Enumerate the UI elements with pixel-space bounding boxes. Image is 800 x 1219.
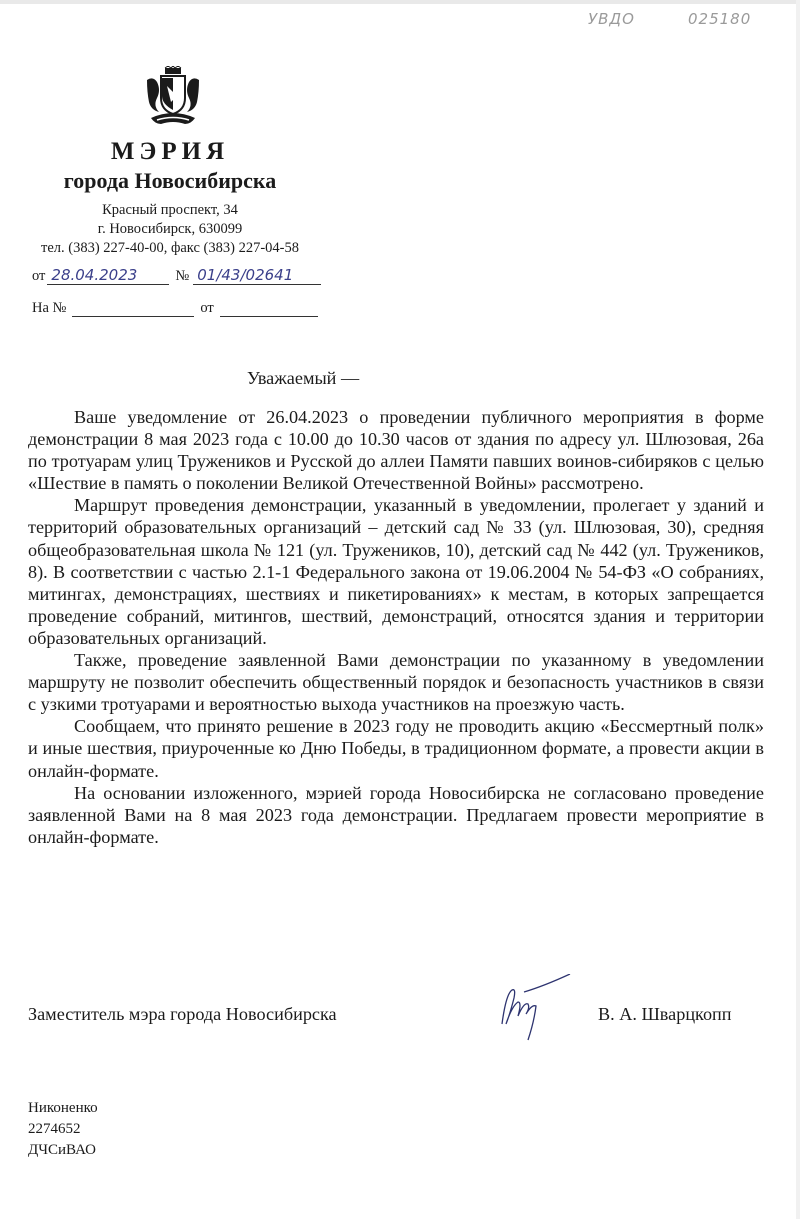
- contacts: тел. (383) 227-40-00, факс (383) 227-04-…: [0, 240, 340, 257]
- letter-body: Ваше уведомление от 26.04.2023 о проведе…: [28, 406, 764, 848]
- paragraph-conclusion: На основании изложенного, мэрией города …: [28, 782, 764, 848]
- incoming-reference: На № от: [32, 298, 318, 317]
- scan-top-edge: [0, 0, 800, 4]
- reply-number-field: [72, 298, 194, 317]
- pencil-note-department: УВДО: [588, 10, 635, 28]
- handwritten-signature-icon: [494, 974, 574, 1044]
- number-label: №: [175, 268, 189, 285]
- reply-date-field: [220, 298, 318, 317]
- organization-title: МЭРИЯ: [0, 138, 340, 166]
- address-street: Красный проспект, 34: [0, 202, 340, 219]
- date-label: от: [32, 268, 45, 285]
- outgoing-registration: от 28.04.2023 № 01/43/02641: [32, 266, 321, 285]
- executor-department: ДЧСиВАО: [28, 1140, 96, 1161]
- scan-right-edge: [796, 0, 800, 1219]
- signatory-name: В. А. Шварцкопп: [598, 1004, 732, 1025]
- paragraph-safety: Также, проведение заявленной Вами демонс…: [28, 649, 764, 715]
- signatory-position: Заместитель мэра города Новосибирска: [28, 1004, 337, 1025]
- executor-name: Никоненко: [28, 1098, 98, 1119]
- paragraph-notification: Ваше уведомление от 26.04.2023 о проведе…: [28, 406, 764, 494]
- outgoing-date: 28.04.2023: [47, 266, 169, 285]
- reply-date-label: от: [200, 300, 213, 317]
- paragraph-route: Маршрут проведения демонстрации, указанн…: [28, 494, 764, 649]
- pencil-note-number: 025180: [688, 10, 751, 28]
- paragraph-decision: Сообщаем, что принято решение в 2023 год…: [28, 715, 764, 781]
- executor-phone: 2274652: [28, 1119, 81, 1140]
- address-city: г. Новосибирск, 630099: [0, 221, 340, 238]
- organization-subtitle: города Новосибирска: [0, 168, 340, 194]
- outgoing-number: 01/43/02641: [193, 266, 321, 285]
- reply-number-label: На №: [32, 300, 66, 317]
- greeting: Уважаемый —: [247, 368, 359, 389]
- city-coat-of-arms-icon: [143, 66, 203, 130]
